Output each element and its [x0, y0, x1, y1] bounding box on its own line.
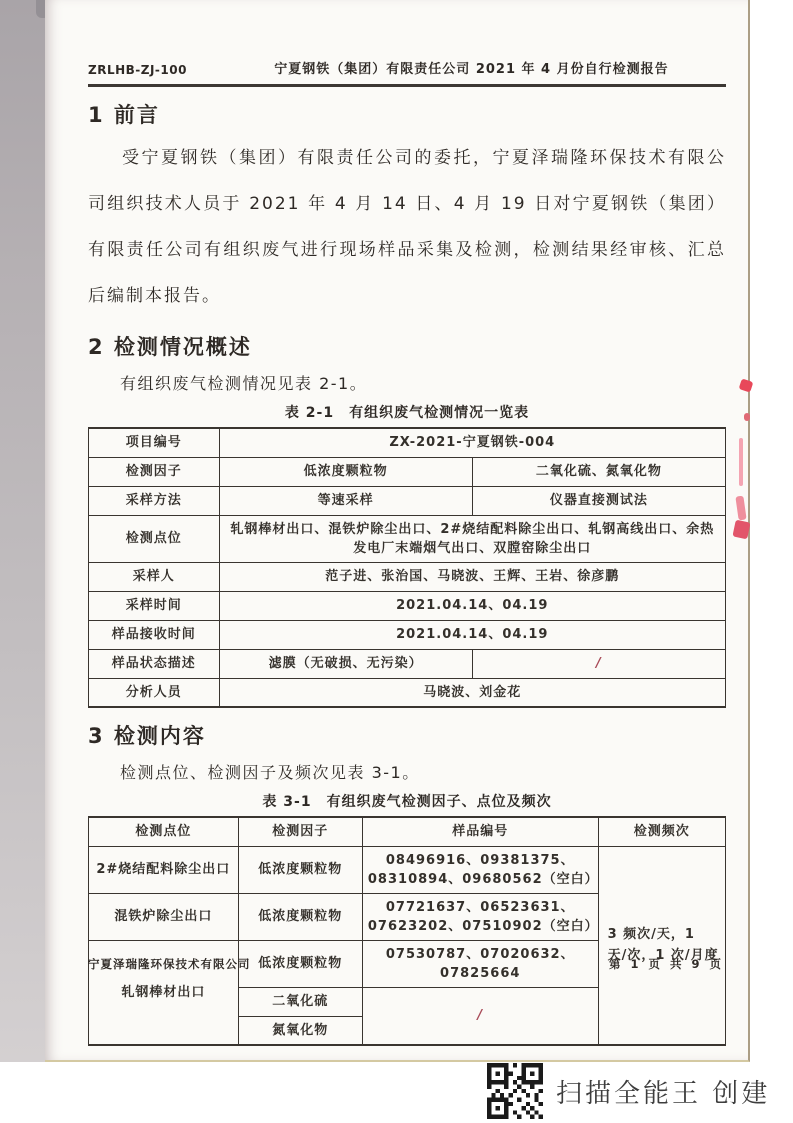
table-row: 采样人 范子进、张治国、马晓波、王辉、王岩、徐彦鹏	[89, 562, 726, 591]
table-row: 分析人员 马晓波、刘金花	[89, 678, 726, 707]
table-row: 采样方法 等速采样 仪器直接测试法	[89, 486, 726, 515]
row-label-cell: 样品状态描述	[89, 649, 220, 678]
column-header: 检测因子	[238, 817, 362, 846]
row-label-cell: 分析人员	[89, 678, 220, 707]
row-value-cell: 2021.04.14、04.19	[219, 620, 725, 649]
table-2-1: 项目编号 ZX-2021-宁夏钢铁-004 检测因子 低浓度颗粒物 二氧化硫、氮…	[88, 427, 726, 708]
table-row: 采样时间 2021.04.14、04.19	[89, 591, 726, 620]
section-3-heading: 3 检测内容	[88, 720, 726, 750]
table-row: 检测因子 低浓度颗粒物 二氧化硫、氮氧化物	[89, 457, 726, 486]
section-3-intro: 检测点位、检测因子及频次见表 3-1。	[88, 760, 726, 783]
point-cell: 混铁炉除尘出口	[89, 893, 239, 940]
table-row: 样品接收时间 2021.04.14、04.19	[89, 620, 726, 649]
row-label-cell: 采样方法	[89, 486, 220, 515]
row-label-cell: 项目编号	[89, 428, 220, 457]
row-value-cell: 滤膜（无破损、无污染）	[219, 649, 472, 678]
factor-cell: 二氧化硫	[238, 987, 362, 1016]
footer-page-number: 第 1 页 共 9 页	[609, 956, 724, 972]
document-running-title: 宁夏钢铁（集团）有限责任公司 2021 年 4 月份自行检测报告	[217, 58, 726, 77]
document-header: ZRLHB-ZJ-100 宁夏钢铁（集团）有限责任公司 2021 年 4 月份自…	[88, 58, 726, 87]
row-value-cell: 范子进、张治国、马晓波、王辉、王岩、徐彦鹏	[219, 562, 725, 591]
table-row: 检测点位 轧钢棒材出口、混铁炉除尘出口、2#烧结配料除尘出口、轧钢高线出口、余热…	[89, 515, 726, 562]
camscanner-watermark: 扫描全能王 创建	[487, 1063, 770, 1119]
column-header: 样品编号	[362, 817, 598, 846]
row-value-cell: 仪器直接测试法	[472, 486, 725, 515]
row-label-cell: 样品接收时间	[89, 620, 220, 649]
section-1-paragraph: 受宁夏钢铁（集团）有限责任公司的委托，宁夏泽瑞隆环保技术有限公司组织技术人员于 …	[88, 135, 726, 319]
row-label-cell: 检测因子	[89, 457, 220, 486]
row-label-cell: 检测点位	[89, 515, 220, 562]
qr-code-icon	[487, 1063, 543, 1119]
page-content: ZRLHB-ZJ-100 宁夏钢铁（集团）有限责任公司 2021 年 4 月份自…	[45, 0, 748, 1046]
red-pen-mark	[739, 438, 743, 486]
factor-cell: 低浓度颗粒物	[238, 846, 362, 893]
footer-company-name: 宁夏泽瑞隆环保技术有限公司	[88, 956, 251, 972]
row-value-cell: /	[472, 649, 725, 678]
row-value-cell: 二氧化硫、氮氧化物	[472, 457, 725, 486]
section-2-heading: 2 检测情况概述	[88, 331, 726, 361]
row-value-cell: 等速采样	[219, 486, 472, 515]
scanned-document-page: ZRLHB-ZJ-100 宁夏钢铁（集团）有限责任公司 2021 年 4 月份自…	[45, 0, 750, 1062]
column-header: 检测频次	[598, 817, 725, 846]
samples-cell: /	[362, 987, 598, 1045]
section-2-intro: 有组织废气检测情况见表 2-1。	[88, 371, 726, 394]
row-value-cell: 低浓度颗粒物	[219, 457, 472, 486]
table-row: 项目编号 ZX-2021-宁夏钢铁-004	[89, 428, 726, 457]
section-1-heading: 1 前言	[88, 99, 726, 129]
watermark-text: 扫描全能王 创建	[556, 1073, 770, 1110]
table-3-1-caption: 表 3-1 有组织废气检测因子、点位及频次	[88, 791, 726, 811]
samples-cell: 08496916、09381375、08310894、09680562（空白）	[362, 846, 598, 893]
table-3-1: 检测点位 检测因子 样品编号 检测频次 2#烧结配料除尘出口 低浓度颗粒物 08…	[88, 816, 726, 1046]
table-row: 2#烧结配料除尘出口 低浓度颗粒物 08496916、09381375、0831…	[89, 846, 726, 893]
row-value-cell: 马晓波、刘金花	[219, 678, 725, 707]
row-value-cell: ZX-2021-宁夏钢铁-004	[219, 428, 725, 457]
point-cell: 2#烧结配料除尘出口	[89, 846, 239, 893]
factor-cell: 氮氧化物	[238, 1016, 362, 1045]
scanner-background-strip	[0, 0, 45, 1062]
red-pen-mark	[744, 413, 750, 421]
row-label-cell: 采样人	[89, 562, 220, 591]
document-code: ZRLHB-ZJ-100	[88, 63, 187, 77]
table-row: 样品状态描述 滤膜（无破损、无污染） /	[89, 649, 726, 678]
page-footer: 宁夏泽瑞隆环保技术有限公司 第 1 页 共 9 页	[88, 956, 724, 972]
column-header: 检测点位	[89, 817, 239, 846]
row-label-cell: 采样时间	[89, 591, 220, 620]
row-value-cell: 轧钢棒材出口、混铁炉除尘出口、2#烧结配料除尘出口、轧钢高线出口、余热发电厂末端…	[219, 515, 725, 562]
table-header-row: 检测点位 检测因子 样品编号 检测频次	[89, 817, 726, 846]
frequency-cell: 3 频次/天，1 天/次，1 次/月度	[598, 846, 725, 1045]
factor-cell: 低浓度颗粒物	[238, 893, 362, 940]
row-value-cell: 2021.04.14、04.19	[219, 591, 725, 620]
samples-cell: 07721637、06523631、07623202、07510902（空白）	[362, 893, 598, 940]
table-2-1-caption: 表 2-1 有组织废气检测情况一览表	[88, 402, 726, 422]
